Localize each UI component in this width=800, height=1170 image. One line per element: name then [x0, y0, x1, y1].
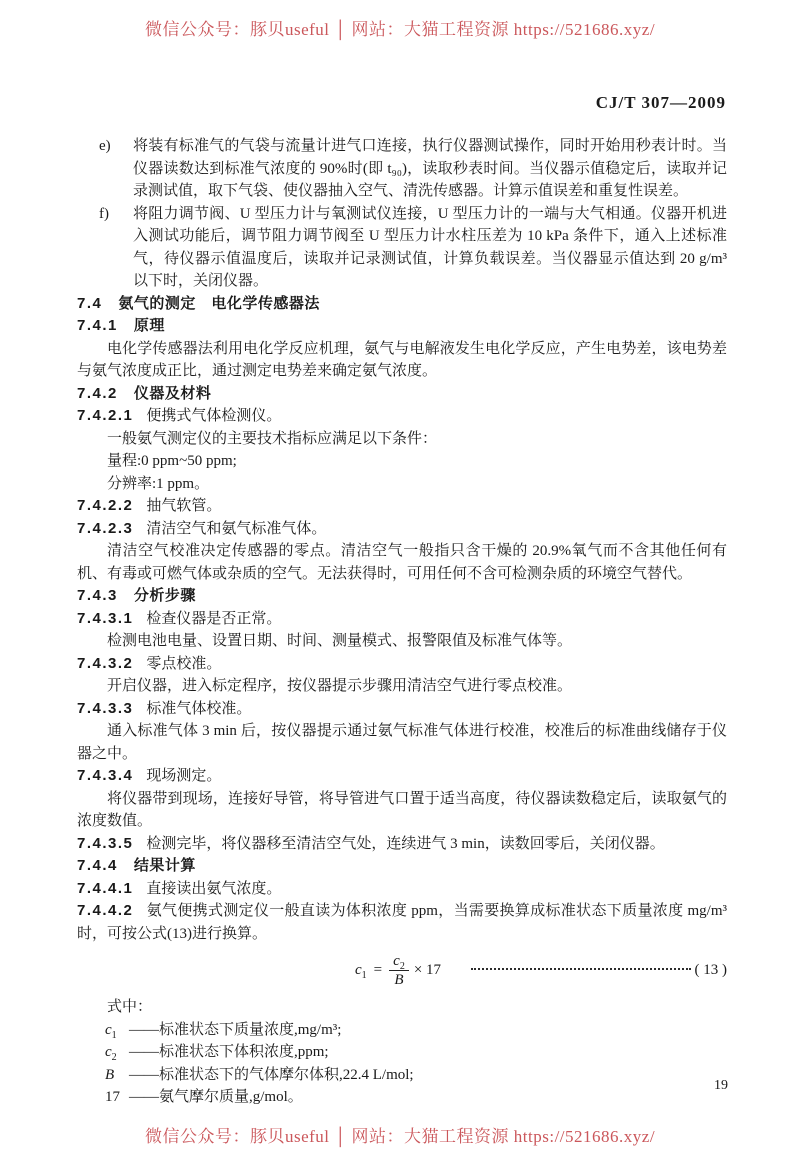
definition-dash: ——	[129, 1089, 159, 1105]
definition-item-17: 17——氨气摩尔质量,g/mol。	[77, 1086, 727, 1109]
clause-number: 7.4.3.2	[77, 655, 133, 672]
clause-7-4-2-1: 7.4.2.1便携式气体检测仪。	[77, 405, 727, 428]
definition-item-c1: c1——标准状态下质量浓度,mg/m³;	[77, 1019, 727, 1042]
heading-title: 结果计算	[134, 857, 196, 874]
definition-term: c2	[105, 1041, 129, 1064]
definition-desc: 标准状态下体积浓度,ppm;	[159, 1044, 329, 1060]
clause-number: 7.4.3.4	[77, 767, 133, 784]
formula-multiplier: × 17	[414, 959, 441, 982]
page-body: e) 将装有标准气的气袋与流量计进气口连接，执行仪器测试操作，同时开始用秒表计时…	[77, 135, 727, 1109]
heading-title: 仪器及材料	[134, 385, 212, 402]
definition-list: c1——标准状态下质量浓度,mg/m³; c2——标准状态下体积浓度,ppm; …	[77, 1019, 727, 1109]
clause-number: 7.4.3.3	[77, 700, 133, 717]
formula-dot-leader	[471, 968, 690, 970]
section-heading-7-4-4: 7.4.4结果计算	[77, 855, 727, 878]
fraction-numerator: c2	[389, 953, 409, 971]
clause-number: 7.4.2.2	[77, 497, 133, 514]
paragraph-principle: 电化学传感器法利用电化学反应机理，氨气与电解液发生电化学反应，产生电势差，该电势…	[77, 338, 727, 383]
clause-7-4-4-1: 7.4.4.1直接读出氨气浓度。	[77, 878, 727, 901]
paragraph-spec-intro: 一般氨气测定仪的主要技术指标应满足以下条件：	[77, 428, 727, 451]
heading-title: 氨气的测定 电化学传感器法	[118, 295, 320, 312]
definition-term: 17	[105, 1086, 129, 1109]
heading-title: 原理	[134, 317, 165, 334]
clause-7-4-3-3: 7.4.3.3标准气体校准。	[77, 698, 727, 721]
formula-13: c1 = c2 B × 17 ( 13 )	[77, 953, 727, 988]
heading-number: 7.4	[77, 295, 102, 312]
paragraph-resolution: 分辨率:1 ppm。	[77, 473, 727, 496]
section-heading-7-4-1: 7.4.1原理	[77, 315, 727, 338]
clause-number: 7.4.4.2	[77, 902, 133, 919]
clause-text: 氨气便携式测定仪一般直读为体积浓度 ppm，当需要换算成标准状态下质量浓度 mg…	[77, 903, 727, 942]
heading-title: 分析步骤	[134, 587, 196, 604]
equals-sign: =	[374, 959, 382, 982]
paragraph-clean-air: 清洁空气校准决定传感器的零点。清洁空气一般指只含干燥的 20.9%氧气而不含其他…	[77, 540, 727, 585]
item-text: 将装有标准气的气袋与流量计进气口连接，执行仪器测试操作，同时开始用秒表计时。当仪…	[133, 138, 727, 199]
definition-dash: ——	[129, 1067, 159, 1083]
clause-number: 7.4.3.5	[77, 835, 133, 852]
definition-desc: 氨气摩尔质量,g/mol。	[159, 1089, 303, 1105]
clause-7-4-3-1: 7.4.3.1检查仪器是否正常。	[77, 608, 727, 631]
item-marker: e)	[99, 135, 111, 158]
clause-text: 现场测定。	[146, 768, 221, 784]
standard-number: CJ/T 307—2009	[596, 92, 726, 115]
heading-number: 7.4.3	[77, 587, 118, 604]
clause-7-4-4-2: 7.4.4.2氨气便携式测定仪一般直读为体积浓度 ppm，当需要换算成标准状态下…	[77, 900, 727, 945]
fraction-denominator: B	[389, 971, 409, 988]
definition-dash: ——	[129, 1022, 159, 1038]
watermark-top: 微信公众号：豚贝useful │ 网站：大猫工程资源 https://52168…	[0, 19, 800, 42]
where-label: 式中：	[77, 996, 727, 1019]
clause-text: 检测完毕，将仪器移至清洁空气处，连续进气 3 min，读数回零后，关闭仪器。	[146, 836, 664, 852]
clause-number: 7.4.4.1	[77, 880, 133, 897]
item-text: 将阻力调节阀、U 型压力计与氧测试仪连接，U 型压力计的一端与大气相通。仪器开机…	[133, 206, 727, 290]
clause-7-4-3-2: 7.4.3.2零点校准。	[77, 653, 727, 676]
definition-term: B	[105, 1064, 129, 1087]
watermark-bottom: 微信公众号：豚贝useful │ 网站：大猫工程资源 https://52168…	[0, 1126, 800, 1149]
definition-desc: 标准状态下的气体摩尔体积,22.4 L/mol;	[159, 1067, 414, 1083]
definition-item-B: B——标准状态下的气体摩尔体积,22.4 L/mol;	[77, 1064, 727, 1087]
clause-number: 7.4.2.1	[77, 407, 133, 424]
clause-7-4-3-5: 7.4.3.5检测完毕，将仪器移至清洁空气处，连续进气 3 min，读数回零后，…	[77, 833, 727, 856]
definition-desc: 标准状态下质量浓度,mg/m³;	[159, 1022, 341, 1038]
clause-7-4-2-3: 7.4.2.3清洁空气和氨气标准气体。	[77, 518, 727, 541]
clause-text: 清洁空气和氨气标准气体。	[146, 521, 326, 537]
heading-number: 7.4.2	[77, 385, 118, 402]
clause-number: 7.4.2.3	[77, 520, 133, 537]
paragraph-range: 量程:0 ppm~50 ppm;	[77, 450, 727, 473]
heading-number: 7.4.4	[77, 857, 118, 874]
definition-item-c2: c2——标准状态下体积浓度,ppm;	[77, 1041, 727, 1064]
clause-number: 7.4.3.1	[77, 610, 133, 627]
paragraph-std-cal: 通入标准气体 3 min 后，按仪器提示通过氨气标准气体进行校准，校准后的标准曲…	[77, 720, 727, 765]
fraction: c2 B	[389, 953, 409, 988]
clause-text: 直接读出氨气浓度。	[146, 881, 281, 897]
definition-term: c1	[105, 1019, 129, 1042]
section-heading-7-4-2: 7.4.2仪器及材料	[77, 383, 727, 406]
clause-text: 抽气软管。	[146, 498, 221, 514]
item-marker: f)	[99, 203, 109, 226]
clause-text: 零点校准。	[146, 656, 221, 672]
heading-number: 7.4.1	[77, 317, 118, 334]
page-number: 19	[714, 1075, 728, 1098]
clause-text: 标准气体校准。	[146, 701, 251, 717]
list-item-f: f) 将阻力调节阀、U 型压力计与氧测试仪连接，U 型压力计的一端与大气相通。仪…	[77, 203, 727, 293]
list-item-e: e) 将装有标准气的气袋与流量计进气口连接，执行仪器测试操作，同时开始用秒表计时…	[77, 135, 727, 203]
paragraph-field: 将仪器带到现场，连接好导管，将导管进气口置于适当高度，待仪器读数稳定后，读取氨气…	[77, 788, 727, 833]
clause-7-4-3-4: 7.4.3.4现场测定。	[77, 765, 727, 788]
section-heading-7-4: 7.4氨气的测定 电化学传感器法	[77, 293, 727, 316]
definition-dash: ——	[129, 1044, 159, 1060]
formula-expression: c1 = c2 B × 17	[355, 953, 441, 988]
section-heading-7-4-3: 7.4.3分析步骤	[77, 585, 727, 608]
paragraph-check: 检测电池电量、设置日期、时间、测量模式、报警限值及标准气体等。	[77, 630, 727, 653]
clause-7-4-2-2: 7.4.2.2抽气软管。	[77, 495, 727, 518]
clause-text: 检查仪器是否正常。	[146, 611, 281, 627]
clause-text: 便携式气体检测仪。	[146, 408, 281, 424]
formula-lhs: c1	[355, 959, 367, 982]
formula-number: ( 13 )	[695, 959, 728, 982]
paragraph-zero-cal: 开启仪器，进入标定程序，按仪器提示步骤用清洁空气进行零点校准。	[77, 675, 727, 698]
